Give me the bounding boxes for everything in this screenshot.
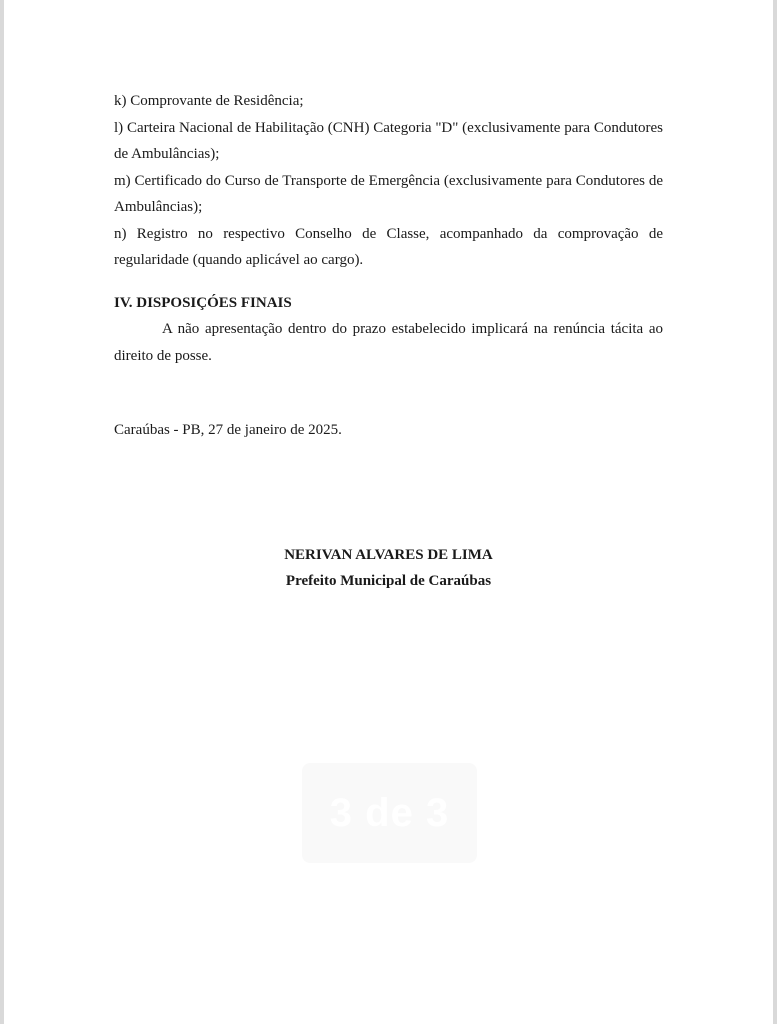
list-item-m: m) Certificado do Curso de Transporte de… [114, 168, 663, 221]
section-paragraph: A não apresentação dentro do prazo estab… [114, 316, 663, 369]
section-title: IV. DISPOSIÇÓES FINAIS [114, 290, 663, 317]
list-item-l: l) Carteira Nacional de Habilitação (CNH… [114, 115, 663, 168]
document-body: k) Comprovante de Residência; l) Carteir… [114, 88, 663, 444]
signatory-name: NERIVAN ALVARES DE LIMA [0, 542, 777, 568]
signature-block: NERIVAN ALVARES DE LIMA Prefeito Municip… [0, 542, 777, 594]
viewer-right-edge [773, 0, 777, 1024]
signatory-role: Prefeito Municipal de Caraúbas [0, 568, 777, 594]
date-line: Caraúbas - PB, 27 de janeiro de 2025. [114, 417, 663, 444]
page-indicator: 3 de 3 [302, 763, 477, 863]
list-item-n: n) Registro no respectivo Conselho de Cl… [114, 221, 663, 274]
list-item-k: k) Comprovante de Residência; [114, 88, 663, 115]
